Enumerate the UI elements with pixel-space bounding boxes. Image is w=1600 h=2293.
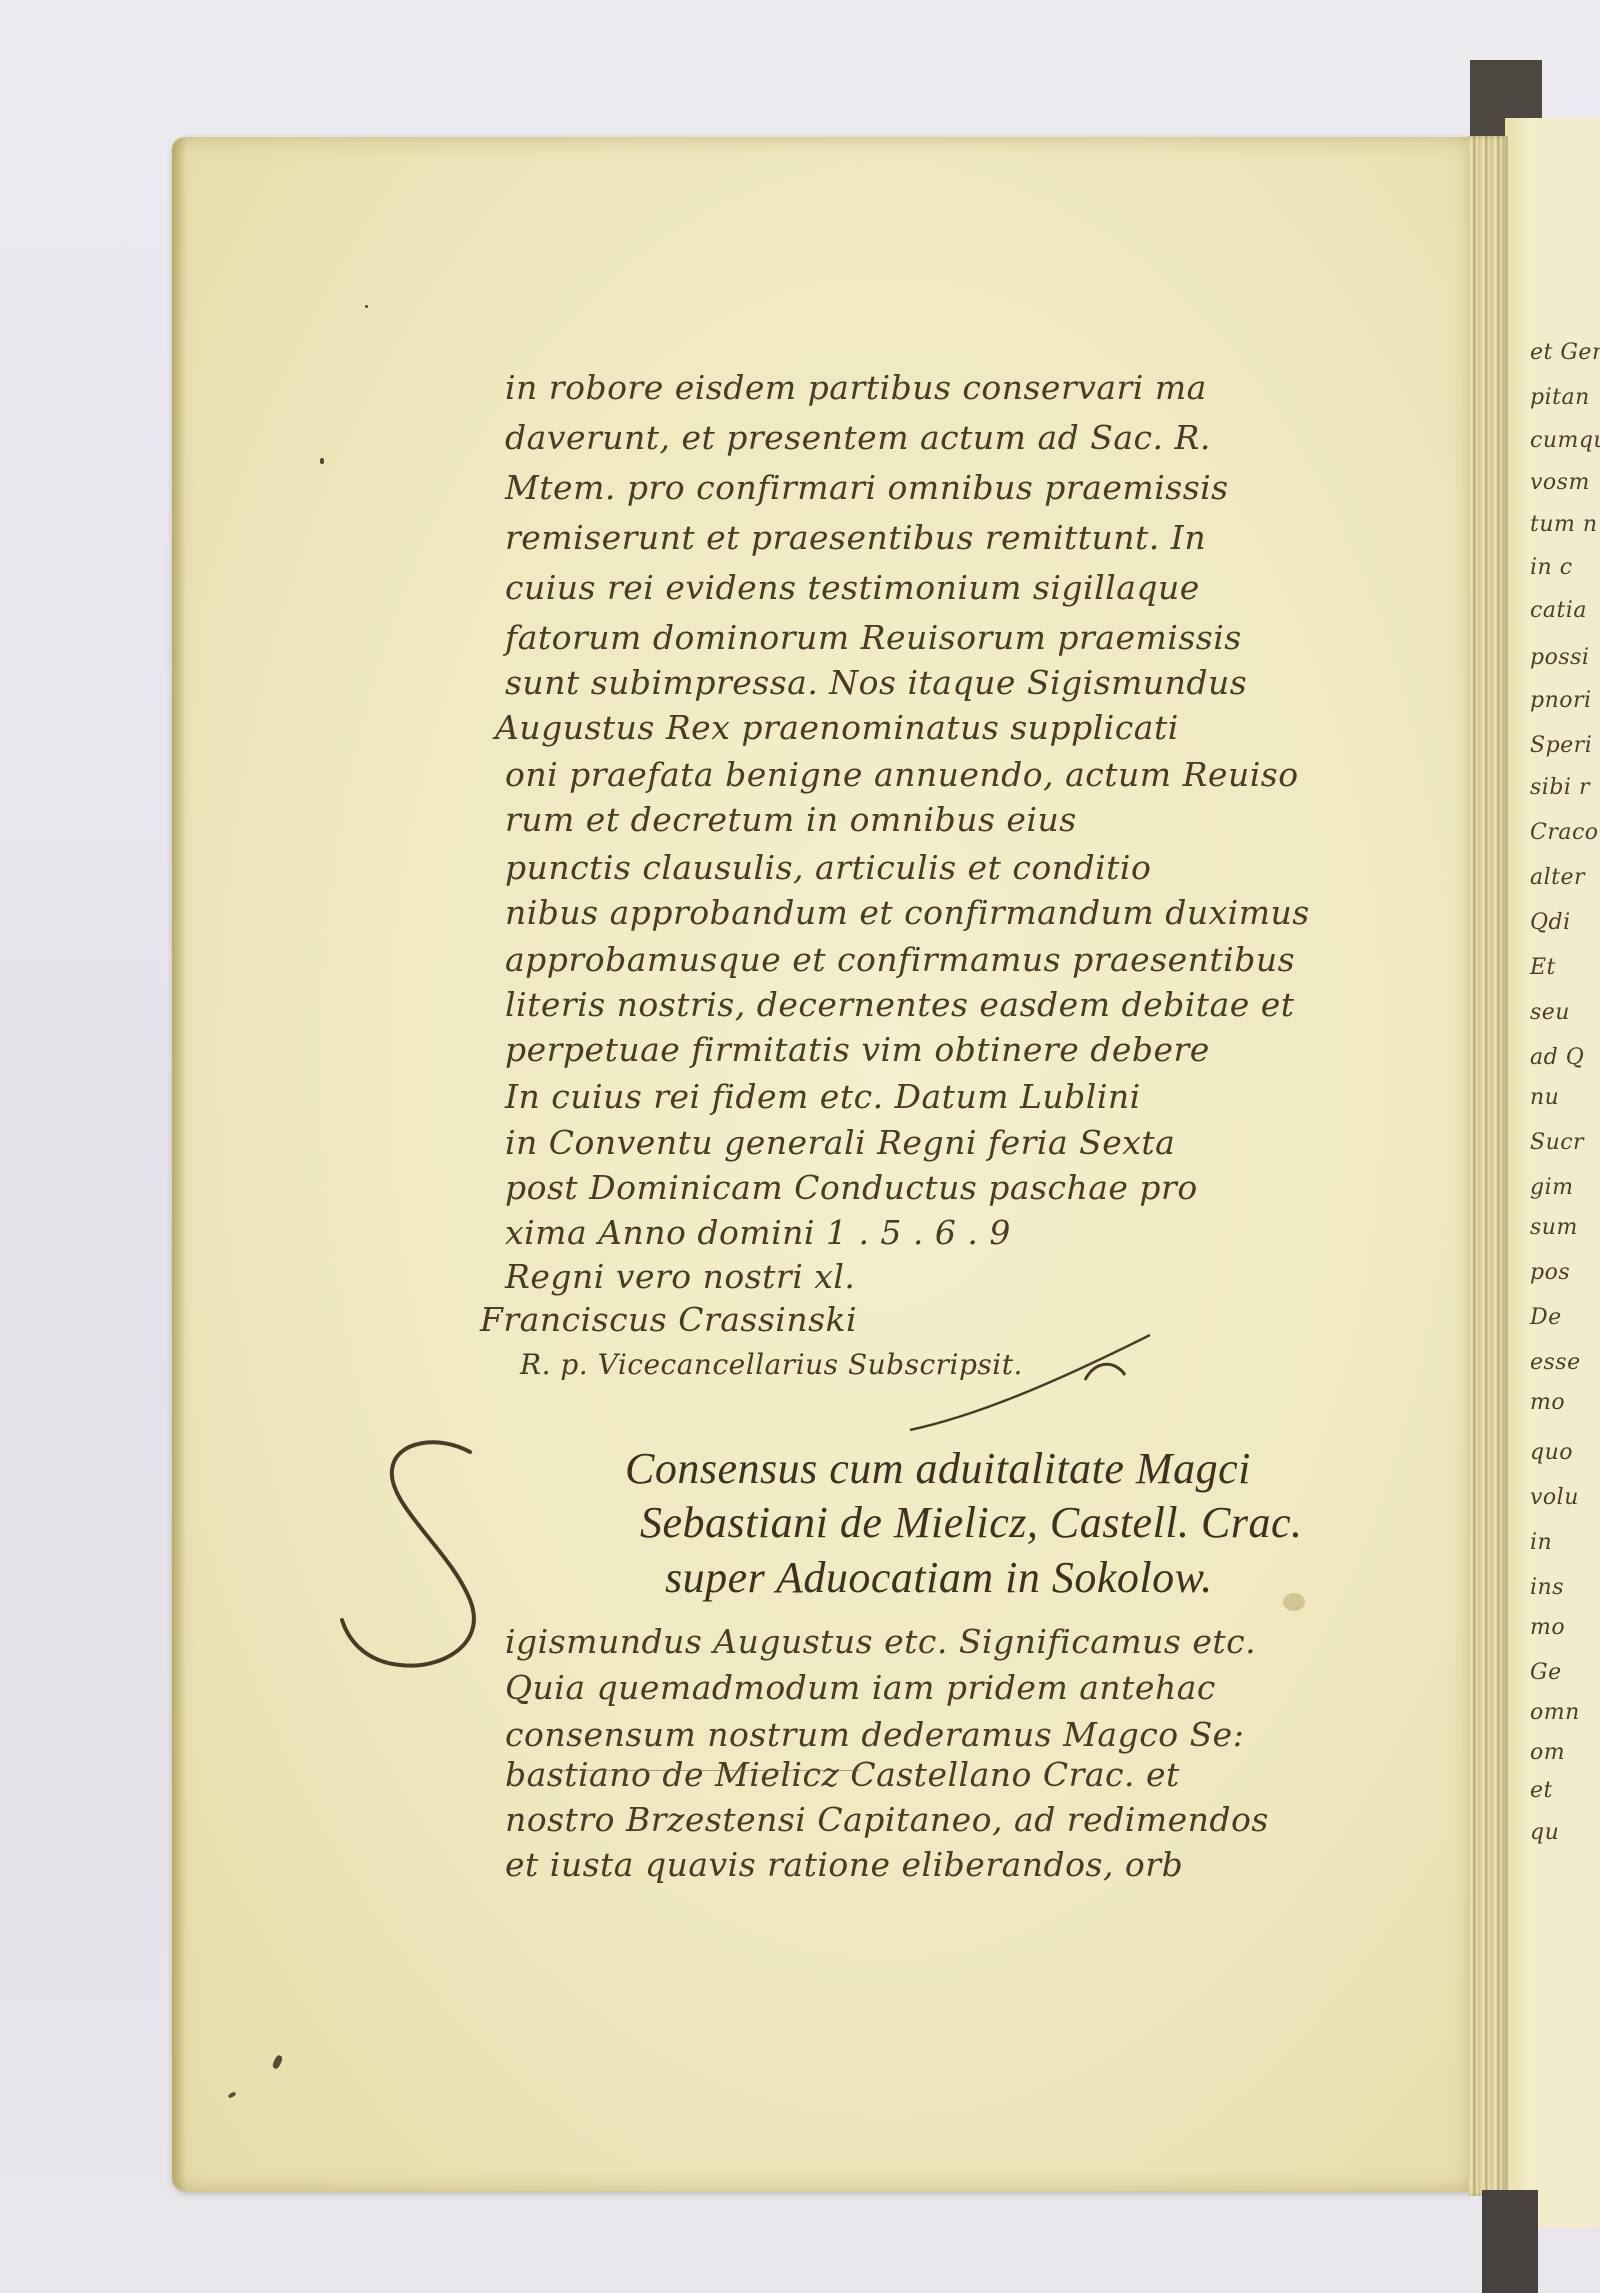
fragment: sibi r <box>1530 775 1590 800</box>
ink-speck <box>365 305 368 308</box>
fragment: pitan <box>1530 385 1590 410</box>
heading-line: Sebastiani de Mielicz, Castell. Crac. <box>640 1497 1303 1548</box>
fragment: sum <box>1530 1215 1578 1240</box>
fragment: ins <box>1530 1575 1564 1600</box>
fragment: mo <box>1530 1390 1565 1415</box>
fragment: mo <box>1530 1615 1565 1640</box>
fragment: Speri <box>1530 733 1592 758</box>
fragment: vosm <box>1530 470 1590 495</box>
fragment: esse <box>1530 1350 1581 1375</box>
text-line: in robore eisdem partibus conservari ma <box>505 368 1207 407</box>
ink-speck <box>320 458 324 464</box>
fragment: seu <box>1530 1000 1570 1025</box>
text-line: daverunt, et presentem actum ad Sac. R. <box>505 418 1211 457</box>
heading-line: super Aduocatiam in Sokolow. <box>665 1552 1213 1603</box>
fragment: volu <box>1530 1485 1579 1510</box>
regnal-year-line: Regni vero nostri xl. <box>505 1257 855 1296</box>
text-line: approbamusque et confirmamus praesentibu… <box>505 940 1295 979</box>
heading-line: Consensus cum aduitalitate Magci <box>625 1443 1251 1494</box>
text-line: punctis clausulis, articulis et conditio <box>505 848 1151 887</box>
fragment: gim <box>1530 1175 1573 1200</box>
text-line: oni praefata benigne annuendo, actum Reu… <box>505 755 1299 794</box>
fragment: Et <box>1530 955 1556 980</box>
text-line: consensum nostrum dederamus Magco Se: <box>505 1715 1244 1754</box>
decorated-initial-s-icon <box>330 1430 500 1680</box>
binding-gutter <box>1468 136 1508 2196</box>
text-line: nostro Brzestensi Capitaneo, ad redimend… <box>505 1800 1269 1839</box>
fragment: nu <box>1530 1085 1559 1110</box>
text-line: literis nostris, decernentes easdem debi… <box>505 985 1295 1024</box>
fragment: cumqu <box>1530 428 1600 453</box>
fragment: catia <box>1530 598 1587 623</box>
text-line: et iusta quavis ratione eliberandos, orb <box>505 1845 1183 1884</box>
text-line: rum et decretum in omnibus eius <box>505 800 1077 839</box>
text-line: sunt subimpressa. Nos itaque Sigismundus <box>505 663 1247 702</box>
fragment: om <box>1530 1740 1565 1765</box>
fragment: qu <box>1530 1820 1559 1845</box>
fragment: tum n <box>1530 512 1598 537</box>
fragment: pos <box>1530 1260 1570 1285</box>
fragment: et <box>1530 1778 1553 1803</box>
fragment: alter <box>1530 865 1585 890</box>
text-line: Augustus Rex praenominatus supplicati <box>495 708 1179 747</box>
fragment: pnori <box>1530 688 1592 713</box>
fragment: omn <box>1530 1700 1580 1725</box>
water-stain <box>1283 1593 1305 1611</box>
text-line: Mtem. pro confirmari omnibus praemissis <box>505 468 1229 507</box>
text-line: remiserunt et praesentibus remittunt. In <box>505 518 1206 557</box>
text-line: bastiano de Mielicz Castellano Crac. et <box>505 1755 1180 1794</box>
fragment: Sucr <box>1530 1130 1584 1155</box>
text-line: cuius rei evidens testimonium sigillaque <box>505 568 1200 607</box>
fragment: Ge <box>1530 1660 1562 1685</box>
signatory-title: R. p. Vicecancellarius Subscripsit. <box>520 1348 1023 1381</box>
text-line: Quia quemadmodum iam pridem antehac <box>505 1668 1216 1707</box>
fragment: De <box>1530 1305 1562 1330</box>
text-line: nibus approbandum et confirmandum duximu… <box>505 893 1310 932</box>
text-line: perpetuae firmitatis vim obtinere debere <box>505 1030 1210 1069</box>
fragment: in c <box>1530 555 1573 580</box>
fragment: Cracon <box>1530 820 1600 845</box>
binding-spine-bottom <box>1482 2190 1538 2293</box>
fragment: et Gen <box>1530 340 1600 365</box>
signatory-name: Franciscus Crassinski <box>480 1300 857 1339</box>
text-line: in Conventu generali Regni feria Sexta <box>505 1123 1175 1162</box>
fragment: ad Q <box>1530 1045 1584 1070</box>
fragment: in <box>1530 1530 1552 1555</box>
fragment: quo <box>1530 1440 1573 1465</box>
text-line: post Dominicam Conductus paschae pro <box>505 1168 1198 1207</box>
date-line: xima Anno domini 1 . 5 . 6 . 9 <box>505 1213 1011 1252</box>
text-line: fatorum dominorum Reuisorum praemissis <box>505 618 1242 657</box>
fragment: Qdi <box>1530 910 1571 935</box>
underline-rule <box>560 1770 860 1771</box>
text-line: igismundus Augustus etc. Significamus et… <box>505 1622 1256 1661</box>
fragment: possi <box>1530 645 1589 670</box>
text-line: In cuius rei fidem etc. Datum Lublini <box>505 1077 1141 1116</box>
